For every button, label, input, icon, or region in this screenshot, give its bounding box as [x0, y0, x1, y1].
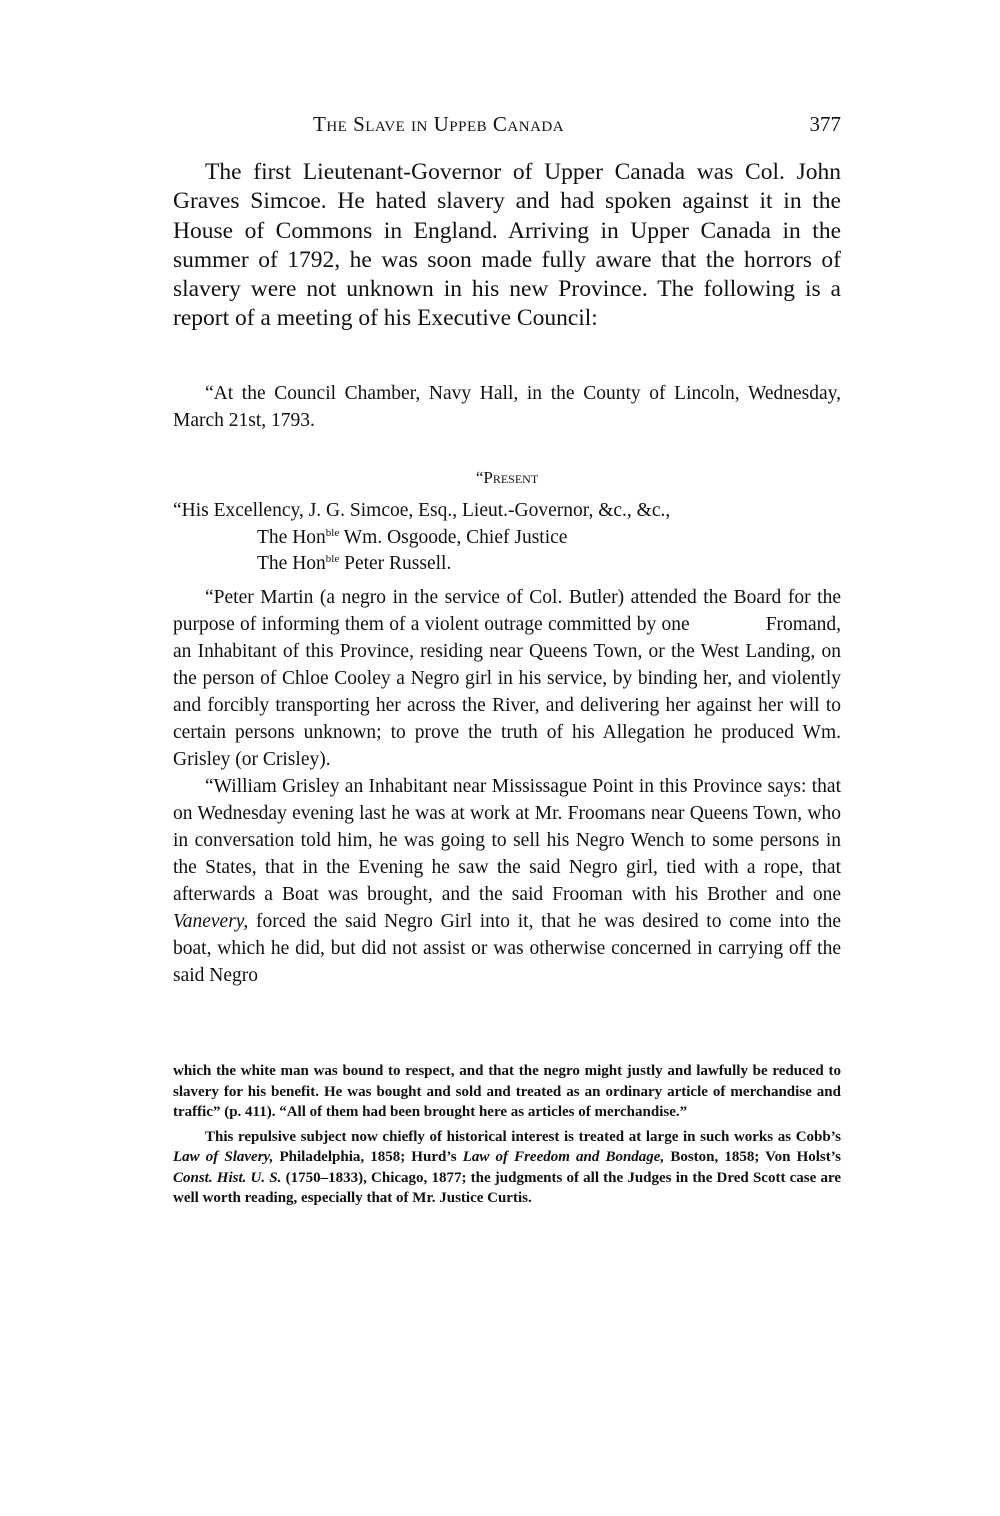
council-report: “At the Council Chamber, Navy Hall, in t… [173, 380, 841, 989]
running-header: The Slave in Uppeb Canada 377 [173, 112, 841, 142]
footnote-references: This repulsive subject now chiefly of hi… [173, 1127, 841, 1209]
attendee-simcoe: “His Excellency, J. G. Simcoe, Esq., Lie… [173, 498, 841, 525]
footnotes: which the white man was bound to respect… [173, 1061, 841, 1209]
intro-paragraph: The first Lieutenant-Governor of Upper C… [173, 158, 841, 334]
running-title: The Slave in Uppeb Canada [313, 112, 564, 137]
attendee-osgoode: The Honble Wm. Osgoode, Chief Justice [173, 525, 841, 552]
footnote-continuation: which the white man was bound to respect… [173, 1061, 841, 1123]
council-heading: “At the Council Chamber, Navy Hall, in t… [173, 380, 841, 434]
page-number: 377 [810, 112, 842, 137]
attendee-russell: The Honble Peter Russell. [173, 551, 841, 578]
body-text: The first Lieutenant-Governor of Upper C… [173, 158, 841, 334]
report-paragraph-martin: “Peter Martin (a negro in the service of… [173, 584, 841, 773]
report-paragraph-grisley: “William Grisley an Inhabitant near Miss… [173, 773, 841, 989]
present-label: “Present [173, 468, 841, 488]
